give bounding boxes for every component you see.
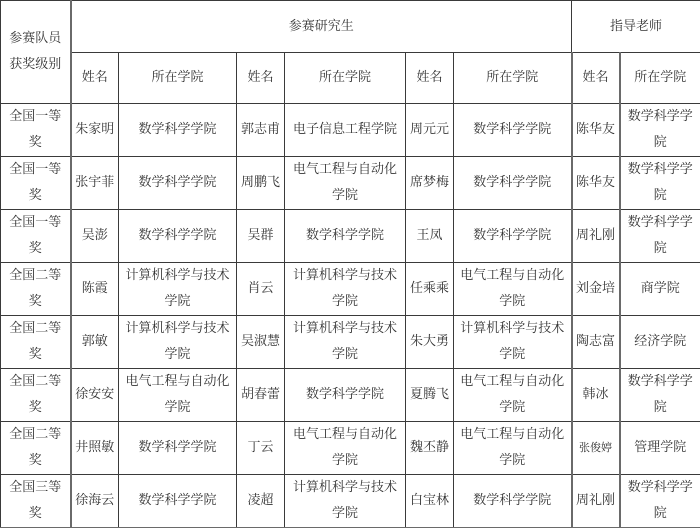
award-level: 全国一等奖: [1, 210, 71, 263]
header-s3-name: 姓名: [406, 53, 454, 104]
student3-college: 数学科学学院: [454, 475, 572, 528]
student3-name: 夏腾飞: [406, 369, 454, 422]
header-s2-name: 姓名: [237, 53, 285, 104]
student1-college: 计算机科学与技术学院: [119, 316, 237, 369]
student2-college: 计算机科学与技术学院: [285, 263, 406, 316]
table-row: 全国一等奖 张宇菲 数学科学学院 周鹏飞 电气工程与自动化学院 席梦梅 数学科学…: [1, 157, 700, 210]
award-level: 全国一等奖: [1, 104, 71, 157]
header-row-columns: 姓名 所在学院 姓名 所在学院 姓名 所在学院 姓名 所在学院: [1, 53, 700, 104]
student3-college: 数学科学学院: [454, 157, 572, 210]
student2-name: 周鹏飞: [237, 157, 285, 210]
header-s3-college: 所在学院: [454, 53, 572, 104]
student2-college: 电子信息工程学院: [285, 104, 406, 157]
award-level: 全国一等奖: [1, 157, 71, 210]
table-row: 全国三等奖 徐海云 数学科学学院 凌超 计算机科学与技术学院 白宝林 数学科学学…: [1, 475, 700, 528]
student1-name: 陈霞: [71, 263, 119, 316]
student3-name: 王凤: [406, 210, 454, 263]
student2-name: 郭志甫: [237, 104, 285, 157]
student2-college: 数学科学学院: [285, 210, 406, 263]
student2-college: 计算机科学与技术学院: [285, 475, 406, 528]
student1-college: 数学科学学院: [119, 422, 237, 475]
student3-college: 电气工程与自动化学院: [454, 369, 572, 422]
student1-name: 张宇菲: [71, 157, 119, 210]
header-s1-college: 所在学院: [119, 53, 237, 104]
student1-college: 数学科学学院: [119, 157, 237, 210]
table-row: 全国一等奖 朱家明 数学科学学院 郭志甫 电子信息工程学院 周元元 数学科学学院…: [1, 104, 700, 157]
student3-name: 席梦梅: [406, 157, 454, 210]
student1-name: 徐海云: [71, 475, 119, 528]
advisor-college: 数学科学学院: [620, 210, 700, 263]
student3-college: 计算机科学与技术学院: [454, 316, 572, 369]
award-level: 全国二等奖: [1, 369, 71, 422]
header-students-group: 参赛研究生: [71, 1, 572, 53]
awards-table: 参赛队员获奖级别 参赛研究生 指导老师 姓名 所在学院 姓名 所在学院 姓名 所…: [0, 0, 700, 528]
table-row: 全国二等奖 郭敏 计算机科学与技术学院 吴淑慧 计算机科学与技术学院 朱大勇 计…: [1, 316, 700, 369]
student3-name: 白宝林: [406, 475, 454, 528]
student2-college: 数学科学学院: [285, 369, 406, 422]
header-advisor-name: 姓名: [572, 53, 620, 104]
student3-name: 周元元: [406, 104, 454, 157]
advisor-college: 数学科学学院: [620, 104, 700, 157]
advisor-college: 商学院: [620, 263, 700, 316]
student1-name: 徐安安: [71, 369, 119, 422]
advisor-name: 韩冰: [572, 369, 620, 422]
student1-college: 电气工程与自动化学院: [119, 369, 237, 422]
table-row: 全国二等奖 徐安安 电气工程与自动化学院 胡春蕾 数学科学学院 夏腾飞 电气工程…: [1, 369, 700, 422]
student1-college: 数学科学学院: [119, 475, 237, 528]
header-award-level: 参赛队员获奖级别: [1, 1, 71, 104]
advisor-college: 经济学院: [620, 316, 700, 369]
student2-name: 肖云: [237, 263, 285, 316]
student2-name: 丁云: [237, 422, 285, 475]
award-level: 全国三等奖: [1, 475, 71, 528]
student1-college: 数学科学学院: [119, 104, 237, 157]
student3-college: 数学科学学院: [454, 104, 572, 157]
student2-name: 吴群: [237, 210, 285, 263]
header-row-groups: 参赛队员获奖级别 参赛研究生 指导老师: [1, 1, 700, 53]
student3-college: 电气工程与自动化学院: [454, 422, 572, 475]
advisor-name: 刘金培: [572, 263, 620, 316]
advisor-name: 张俊婷: [572, 422, 620, 475]
student1-name: 井照敏: [71, 422, 119, 475]
advisor-college: 数学科学学院: [620, 369, 700, 422]
table-row: 全国二等奖 井照敏 数学科学学院 丁云 电气工程与自动化学院 魏丕静 电气工程与…: [1, 422, 700, 475]
student3-name: 魏丕静: [406, 422, 454, 475]
student1-name: 吴澎: [71, 210, 119, 263]
advisor-name: 陈华友: [572, 104, 620, 157]
student2-college: 计算机科学与技术学院: [285, 316, 406, 369]
advisor-name: 周礼刚: [572, 475, 620, 528]
table-row: 全国一等奖 吴澎 数学科学学院 吴群 数学科学学院 王凤 数学科学学院 周礼刚 …: [1, 210, 700, 263]
student1-name: 朱家明: [71, 104, 119, 157]
header-s1-name: 姓名: [71, 53, 119, 104]
advisor-college: 数学科学学院: [620, 475, 700, 528]
student2-name: 吴淑慧: [237, 316, 285, 369]
advisor-name: 陈华友: [572, 157, 620, 210]
header-s2-college: 所在学院: [285, 53, 406, 104]
header-advisor-college: 所在学院: [620, 53, 700, 104]
student2-name: 凌超: [237, 475, 285, 528]
table-row: 全国二等奖 陈霞 计算机科学与技术学院 肖云 计算机科学与技术学院 任乘乘 电气…: [1, 263, 700, 316]
advisor-name: 陶志富: [572, 316, 620, 369]
student2-college: 电气工程与自动化学院: [285, 157, 406, 210]
student2-college: 电气工程与自动化学院: [285, 422, 406, 475]
student1-college: 数学科学学院: [119, 210, 237, 263]
advisor-name: 周礼刚: [572, 210, 620, 263]
award-level: 全国二等奖: [1, 263, 71, 316]
student2-name: 胡春蕾: [237, 369, 285, 422]
student1-name: 郭敏: [71, 316, 119, 369]
award-level: 全国二等奖: [1, 422, 71, 475]
header-advisor-group: 指导老师: [572, 1, 700, 53]
student3-college: 电气工程与自动化学院: [454, 263, 572, 316]
student3-name: 任乘乘: [406, 263, 454, 316]
advisor-college: 数学科学学院: [620, 157, 700, 210]
student3-name: 朱大勇: [406, 316, 454, 369]
student3-college: 数学科学学院: [454, 210, 572, 263]
advisor-college: 管理学院: [620, 422, 700, 475]
award-level: 全国二等奖: [1, 316, 71, 369]
student1-college: 计算机科学与技术学院: [119, 263, 237, 316]
